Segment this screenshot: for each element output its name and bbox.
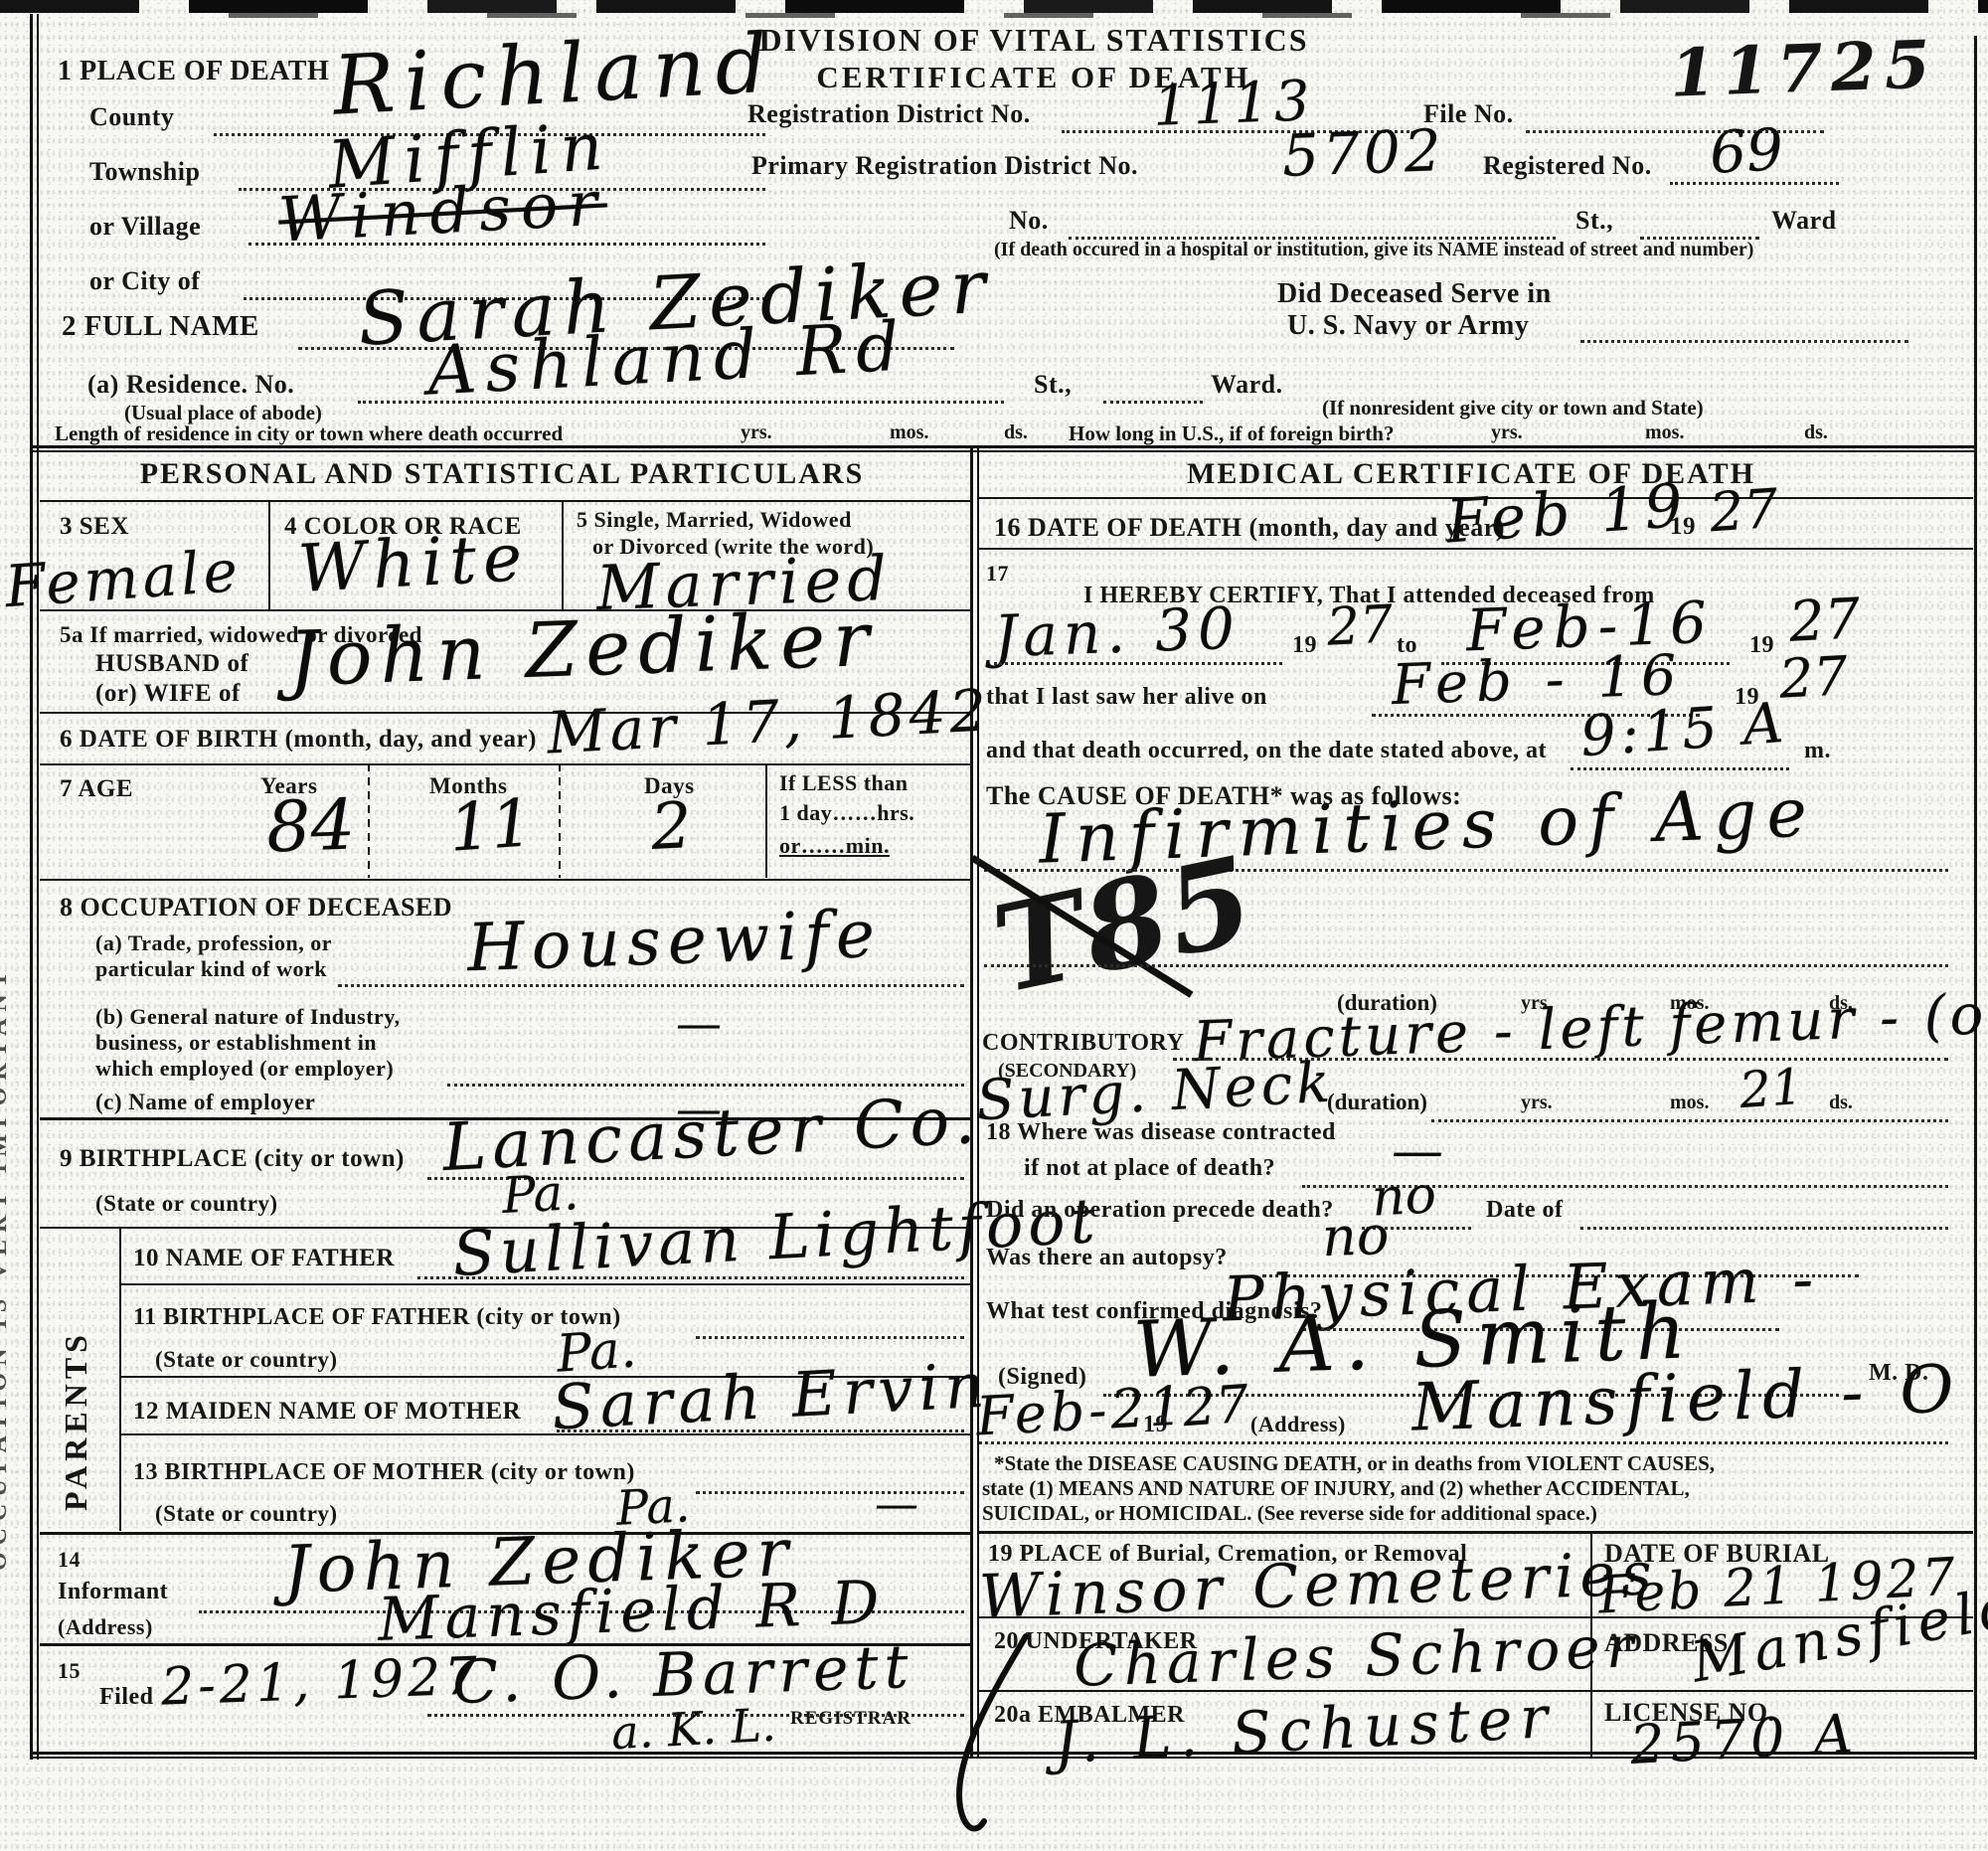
cell-divider — [268, 500, 270, 609]
scan-top-edge-2 — [229, 13, 1720, 18]
residence-ward-label: Ward. — [1211, 370, 1283, 400]
rule — [119, 1433, 970, 1435]
occupation-b-value: — — [676, 996, 722, 1050]
length-mos-label: mos. — [890, 421, 928, 444]
occupation-b-label-2: business, or establishment in — [95, 1030, 377, 1056]
village-label: or Village — [89, 212, 201, 242]
mother-birthplace-dash: — — [875, 1479, 918, 1530]
mother-birthplace-label: 13 BIRTHPLACE OF MOTHER (city or town) — [133, 1459, 635, 1486]
disease-contracted-label-2: if not at place of death? — [1024, 1155, 1275, 1182]
occupation-a-rule — [338, 982, 964, 987]
signature-swash — [914, 1630, 1054, 1849]
county-label: County — [89, 102, 174, 132]
death-time-value: 9:15 A — [1578, 691, 1789, 769]
to-year-prefix: 19 — [1749, 632, 1774, 659]
license-no-value: 2570 A — [1629, 1702, 1861, 1776]
from-year-value: 27 — [1325, 594, 1394, 657]
length-of-residence-label: Length of residence in city or town wher… — [55, 421, 563, 446]
birthplace-state-label: (State or country) — [95, 1191, 278, 1217]
saw-year-value: 27 — [1777, 644, 1849, 711]
operation-label: Did an operation precede death? — [986, 1197, 1334, 1224]
residence-label: (a) Residence. No. — [87, 370, 294, 400]
if-less-label-1: If LESS than — [779, 770, 909, 796]
registration-district-label: Registration District No. — [747, 99, 1031, 129]
sex-value: Female — [3, 537, 244, 620]
primary-district-value: 5702 — [1281, 116, 1446, 190]
contributory-duration-label: (duration) — [1327, 1090, 1427, 1115]
howlong-mos-label: mos. — [1645, 421, 1684, 444]
age-days-value: 2 — [649, 789, 694, 865]
filed-label: Filed — [99, 1684, 154, 1711]
nonresident-note: (If nonresident give city or town and St… — [1322, 396, 1704, 421]
rule — [40, 763, 970, 765]
age-label: 7 AGE — [60, 775, 133, 803]
registrar-label: REGISTRAR — [790, 1708, 911, 1730]
date-of-death-year-prefix: 19 — [1670, 513, 1696, 541]
hospital-note: (If death occured in a hospital or insti… — [994, 239, 1753, 261]
signed-date-rule — [979, 1439, 1948, 1444]
attended-from-rule — [994, 660, 1282, 665]
informant-label: Informant — [58, 1579, 168, 1605]
howlong-label: How long in U.S., if of foreign birth? — [1069, 421, 1394, 446]
signed-year-value: 27 — [1181, 1375, 1250, 1438]
mother-birthplace-state-label: (State or country) — [155, 1501, 338, 1527]
color-race-value: White — [296, 519, 531, 607]
age-cell-divider — [559, 763, 561, 878]
registrar-initials: a. K. L. — [610, 1698, 777, 1761]
howlong-yrs-label: yrs. — [1491, 421, 1523, 444]
cause-rule-2 — [984, 962, 1948, 967]
footnote-line-2: state (1) MEANS AND NATURE OF INJURY, an… — [982, 1476, 1690, 1501]
marital-label-1: 5 Single, Married, Widowed — [577, 507, 852, 533]
age-months-value: 11 — [446, 784, 535, 867]
contributory-yrs-label: yrs. — [1521, 1092, 1553, 1114]
disease-contracted-label-1: 18 Where was disease contracted — [986, 1119, 1336, 1146]
if-less-label-3: or……min. — [779, 833, 890, 859]
footnote-line-1: *State the DISEASE CAUSING DEATH, or in … — [994, 1451, 1715, 1476]
attended-from-date: Jan. 30 — [993, 594, 1242, 671]
or-wife-of-label: (or) WIFE of — [95, 680, 241, 708]
date-of-death-label: 16 DATE OF DEATH (month, day and year) — [994, 513, 1505, 543]
street-st-label: St., — [1575, 206, 1613, 236]
informant-number: 14 — [58, 1547, 81, 1573]
if-less-label-2: 1 day……hrs. — [779, 800, 914, 826]
death-occurred-label: and that death occurred, on the date sta… — [986, 738, 1547, 764]
township-label: Township — [89, 157, 200, 187]
autopsy-label: Was there an autopsy? — [986, 1245, 1228, 1271]
occupation-a-label-2: particular kind of work — [95, 956, 327, 982]
date-of-operation-label: Date of — [1486, 1197, 1563, 1224]
rule — [979, 548, 1973, 550]
rule — [40, 500, 970, 502]
contributory-rule-2 — [1431, 1117, 1948, 1122]
physician-address-label: (Address) — [1250, 1412, 1346, 1437]
age-cell-divider — [765, 763, 767, 878]
mother-birthplace-rule — [696, 1489, 964, 1494]
residence-st-label: St., — [1034, 370, 1072, 400]
father-birthplace-rule — [696, 1334, 964, 1339]
howlong-ds-label: ds. — [1804, 421, 1828, 444]
rule — [979, 1531, 1973, 1534]
sex-label: 3 SEX — [60, 513, 129, 541]
father-name-label: 10 NAME OF FATHER — [133, 1245, 395, 1272]
registered-no-label: Registered No. — [1483, 151, 1652, 181]
residence-ward-rule — [1103, 399, 1203, 404]
occupation-c-label: (c) Name of employer — [95, 1090, 315, 1115]
navy-service-label-1: Did Deceased Serve in — [1277, 278, 1552, 310]
street-ward-label: Ward — [1771, 206, 1837, 236]
last-saw-label: that I last saw her alive on — [986, 684, 1267, 711]
age-cell-divider — [368, 763, 370, 878]
primary-district-label: Primary Registration District No. — [751, 151, 1138, 181]
navy-service-label-2: U. S. Navy or Army — [1287, 310, 1529, 342]
date-of-operation-rule — [1580, 1225, 1948, 1230]
navy-service-rule — [1580, 338, 1908, 343]
father-birthplace-state-label: (State or country) — [155, 1347, 338, 1373]
rule — [40, 879, 970, 881]
father-birthplace-label: 11 BIRTHPLACE OF FATHER (city or town) — [133, 1304, 621, 1331]
registered-no-value: 69 — [1708, 115, 1784, 187]
file-no-stamp: 11725 — [1669, 25, 1939, 111]
certify-number: 17 — [986, 561, 1009, 587]
header-bottom-rule — [32, 445, 1977, 452]
right-border — [1974, 36, 1977, 1760]
footnote-line-3: SUICIDAL, or HOMICIDAL. (See reverse sid… — [982, 1501, 1597, 1526]
scan-top-edge — [0, 0, 1988, 13]
occupation-b-label-1: (b) General nature of Industry, — [95, 1004, 401, 1030]
filed-date-value: 2-21, 1927 — [160, 1646, 482, 1717]
signed-year-prefix: 19 — [1143, 1412, 1168, 1438]
contributory-mos-label: mos. — [1670, 1092, 1709, 1114]
full-name-label: 2 FULL NAME — [62, 310, 259, 343]
personal-section-header: PERSONAL AND STATISTICAL PARTICULARS — [45, 457, 959, 491]
death-time-m-label: m. — [1804, 738, 1831, 764]
occupation-b-label-3: which employed (or employer) — [95, 1056, 394, 1082]
contributory-days-value: 21 — [1738, 1058, 1805, 1119]
birthplace-label: 9 BIRTHPLACE (city or town) — [60, 1145, 405, 1173]
parents-label: PARENTS — [58, 1262, 94, 1511]
death-certificate-scan: OCCUPATION IS VERY IMPORTANT 1 PLACE OF … — [0, 0, 1988, 1851]
mother-maiden-name-label: 12 MAIDEN NAME OF MOTHER — [133, 1398, 521, 1426]
occupation-a-value: Housewife — [466, 896, 883, 987]
occupation-label: 8 OCCUPATION OF DECEASED — [60, 893, 452, 923]
contributory-ds-label: ds. — [1829, 1092, 1853, 1114]
street-no-label: No. — [1009, 206, 1049, 236]
parents-box-divider — [119, 1227, 121, 1531]
occupation-a-label-1: (a) Trade, profession, or — [95, 930, 332, 956]
rule — [119, 1283, 970, 1285]
informant-address-label: (Address) — [58, 1614, 153, 1640]
left-border — [30, 14, 39, 1760]
from-year-prefix: 19 — [1292, 632, 1317, 659]
place-of-death-section-label: 1 PLACE OF DEATH — [58, 56, 329, 87]
contributory-label: CONTRIBUTORY — [982, 1030, 1184, 1057]
age-years-value: 84 — [265, 783, 357, 868]
cell-divider — [562, 500, 564, 609]
form-title-line1: DIVISION OF VITAL STATISTICS — [736, 22, 1332, 59]
length-yrs-label: yrs. — [741, 421, 772, 444]
date-of-birth-label: 6 DATE OF BIRTH (month, day, and year) — [60, 726, 537, 754]
husband-of-label: HUSBAND of — [95, 650, 248, 678]
length-ds-label: ds. — [1004, 421, 1028, 444]
filed-number: 15 — [58, 1658, 81, 1684]
date-of-death-year-value: 27 — [1708, 477, 1780, 545]
city-label: or City of — [89, 266, 200, 296]
